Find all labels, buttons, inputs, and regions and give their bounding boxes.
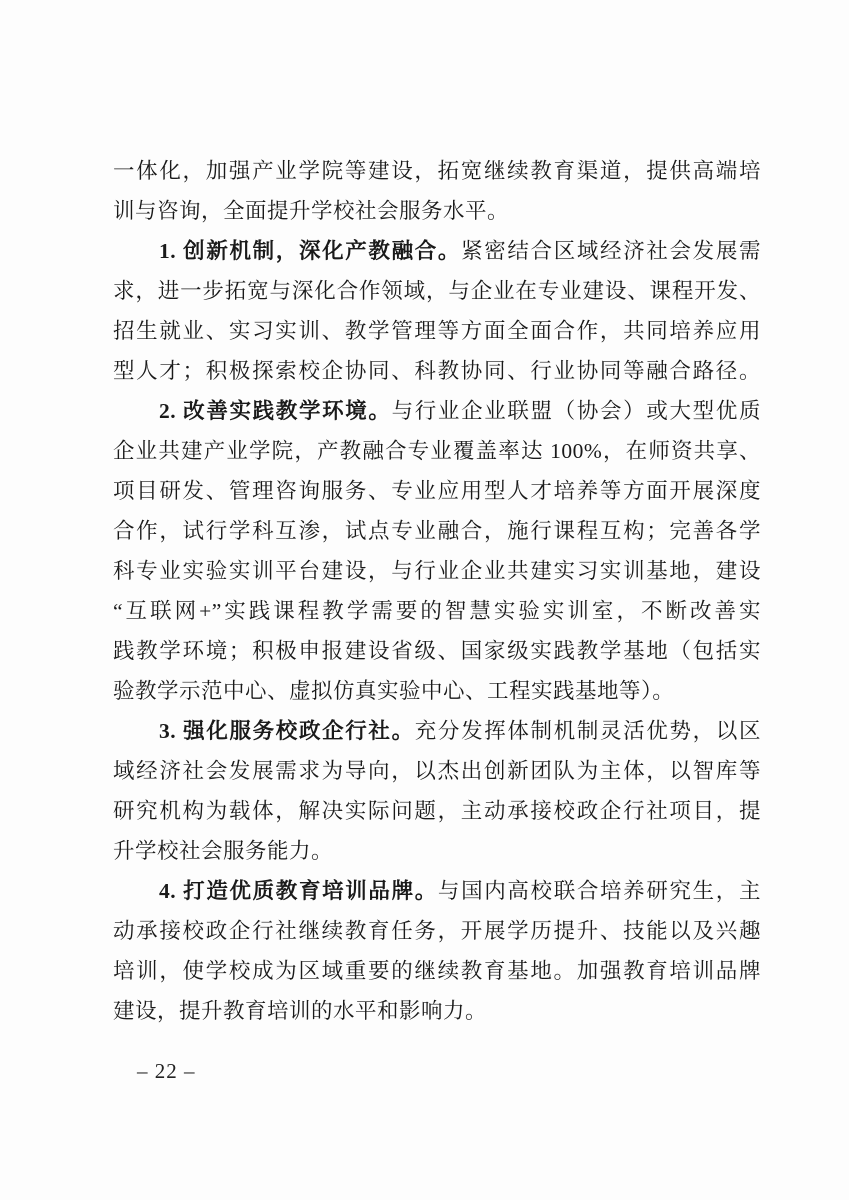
line-text: 充分发挥体制机制灵活优势，以区: [415, 719, 761, 743]
line-text: 项目研发、管理咨询服务、专业应用型人才培养等方面开展深度: [113, 479, 761, 503]
text-line: 升学校社会服务能力。: [113, 831, 761, 871]
line-text: 培训，使学校成为区域重要的继续教育基地。加强教育培训品牌: [113, 959, 761, 983]
text-line: 4. 打造优质教育培训品牌。与国内高校联合培养研究生，主: [113, 871, 761, 911]
text-line: 科专业实验实训平台建设，与行业企业共建实习实训基地，建设: [113, 551, 761, 591]
line-text: 一体化，加强产业学院等建设，拓宽继续教育渠道，提供高端培: [113, 159, 761, 183]
text-line: 企业共建产业学院，产教融合专业覆盖率达 100%，在师资共享、: [113, 431, 761, 471]
text-line: 型人才；积极探索校企协同、科教协同、行业协同等融合路径。: [113, 351, 761, 391]
text-line: 研究机构为载体，解决实际问题，主动承接校政企行社项目，提: [113, 791, 761, 831]
document-body: 一体化，加强产业学院等建设，拓宽继续教育渠道，提供高端培 训与咨询，全面提升学校…: [113, 151, 761, 1031]
line-text: 合作，试行学科互渗，试点专业融合，施行课程互构；完善各学: [113, 519, 761, 543]
line-text: 型人才；积极探索校企协同、科教协同、行业协同等融合路径。: [113, 359, 761, 383]
line-text: 域经济社会发展需求为导向，以杰出创新团队为主体，以智库等: [113, 759, 761, 783]
text-line: 建设，提升教育培训的水平和影响力。: [113, 991, 761, 1031]
paragraph-heading: 4. 打造优质教育培训品牌。: [159, 879, 438, 903]
line-text: 升学校社会服务能力。: [113, 839, 333, 863]
line-text: 与国内高校联合培养研究生，主: [438, 879, 761, 903]
text-line: 一体化，加强产业学院等建设，拓宽继续教育渠道，提供高端培: [113, 151, 761, 191]
text-line: 培训，使学校成为区域重要的继续教育基地。加强教育培训品牌: [113, 951, 761, 991]
text-line: 招生就业、实习实训、教学管理等方面全面合作，共同培养应用: [113, 311, 761, 351]
text-line: 动承接校政企行社继续教育任务，开展学历提升、技能以及兴趣: [113, 911, 761, 951]
text-line: 3. 强化服务校政企行社。充分发挥体制机制灵活优势，以区: [113, 711, 761, 751]
line-text: 紧密结合区域经济社会发展需: [461, 239, 761, 263]
paragraph-heading: 3. 强化服务校政企行社。: [159, 719, 415, 743]
line-text: 科专业实验实训平台建设，与行业企业共建实习实训基地，建设: [113, 559, 761, 583]
document-page: 一体化，加强产业学院等建设，拓宽继续教育渠道，提供高端培 训与咨询，全面提升学校…: [0, 0, 849, 1200]
line-text: 训与咨询，全面提升学校社会服务水平。: [113, 199, 509, 223]
text-line: 1. 创新机制，深化产教融合。紧密结合区域经济社会发展需: [113, 231, 761, 271]
line-text: 企业共建产业学院，产教融合专业覆盖率达 100%，在师资共享、: [113, 439, 761, 463]
line-text: 招生就业、实习实训、教学管理等方面全面合作，共同培养应用: [113, 319, 761, 343]
line-text: “互联网+”实践课程教学需要的智慧实验实训室，不断改善实: [113, 599, 761, 623]
line-text: 践教学环境；积极申报建设省级、国家级实践教学基地（包括实: [113, 639, 761, 663]
text-line: “互联网+”实践课程教学需要的智慧实验实训室，不断改善实: [113, 591, 761, 631]
paragraph-heading: 1. 创新机制，深化产教融合。: [159, 239, 461, 263]
text-line: 践教学环境；积极申报建设省级、国家级实践教学基地（包括实: [113, 631, 761, 671]
line-text: 验教学示范中心、虚拟仿真实验中心、工程实践基地等）。: [113, 679, 674, 703]
text-line: 合作，试行学科互渗，试点专业融合，施行课程互构；完善各学: [113, 511, 761, 551]
line-text: 与行业企业联盟（协会）或大型优质: [392, 399, 761, 423]
text-line: 项目研发、管理咨询服务、专业应用型人才培养等方面开展深度: [113, 471, 761, 511]
paragraph-heading: 2. 改善实践教学环境。: [159, 399, 392, 423]
text-line: 2. 改善实践教学环境。与行业企业联盟（协会）或大型优质: [113, 391, 761, 431]
line-text: 求，进一步拓宽与深化合作领域，与企业在专业建设、课程开发、: [113, 279, 761, 303]
text-line: 训与咨询，全面提升学校社会服务水平。: [113, 191, 761, 231]
line-text: 建设，提升教育培训的水平和影响力。: [113, 999, 487, 1023]
text-line: 求，进一步拓宽与深化合作领域，与企业在专业建设、课程开发、: [113, 271, 761, 311]
line-text: 研究机构为载体，解决实际问题，主动承接校政企行社项目，提: [113, 799, 761, 823]
text-line: 域经济社会发展需求为导向，以杰出创新团队为主体，以智库等: [113, 751, 761, 791]
line-text: 动承接校政企行社继续教育任务，开展学历提升、技能以及兴趣: [113, 919, 761, 943]
text-line: 验教学示范中心、虚拟仿真实验中心、工程实践基地等）。: [113, 671, 761, 711]
page-number: – 22 –: [137, 1057, 196, 1085]
